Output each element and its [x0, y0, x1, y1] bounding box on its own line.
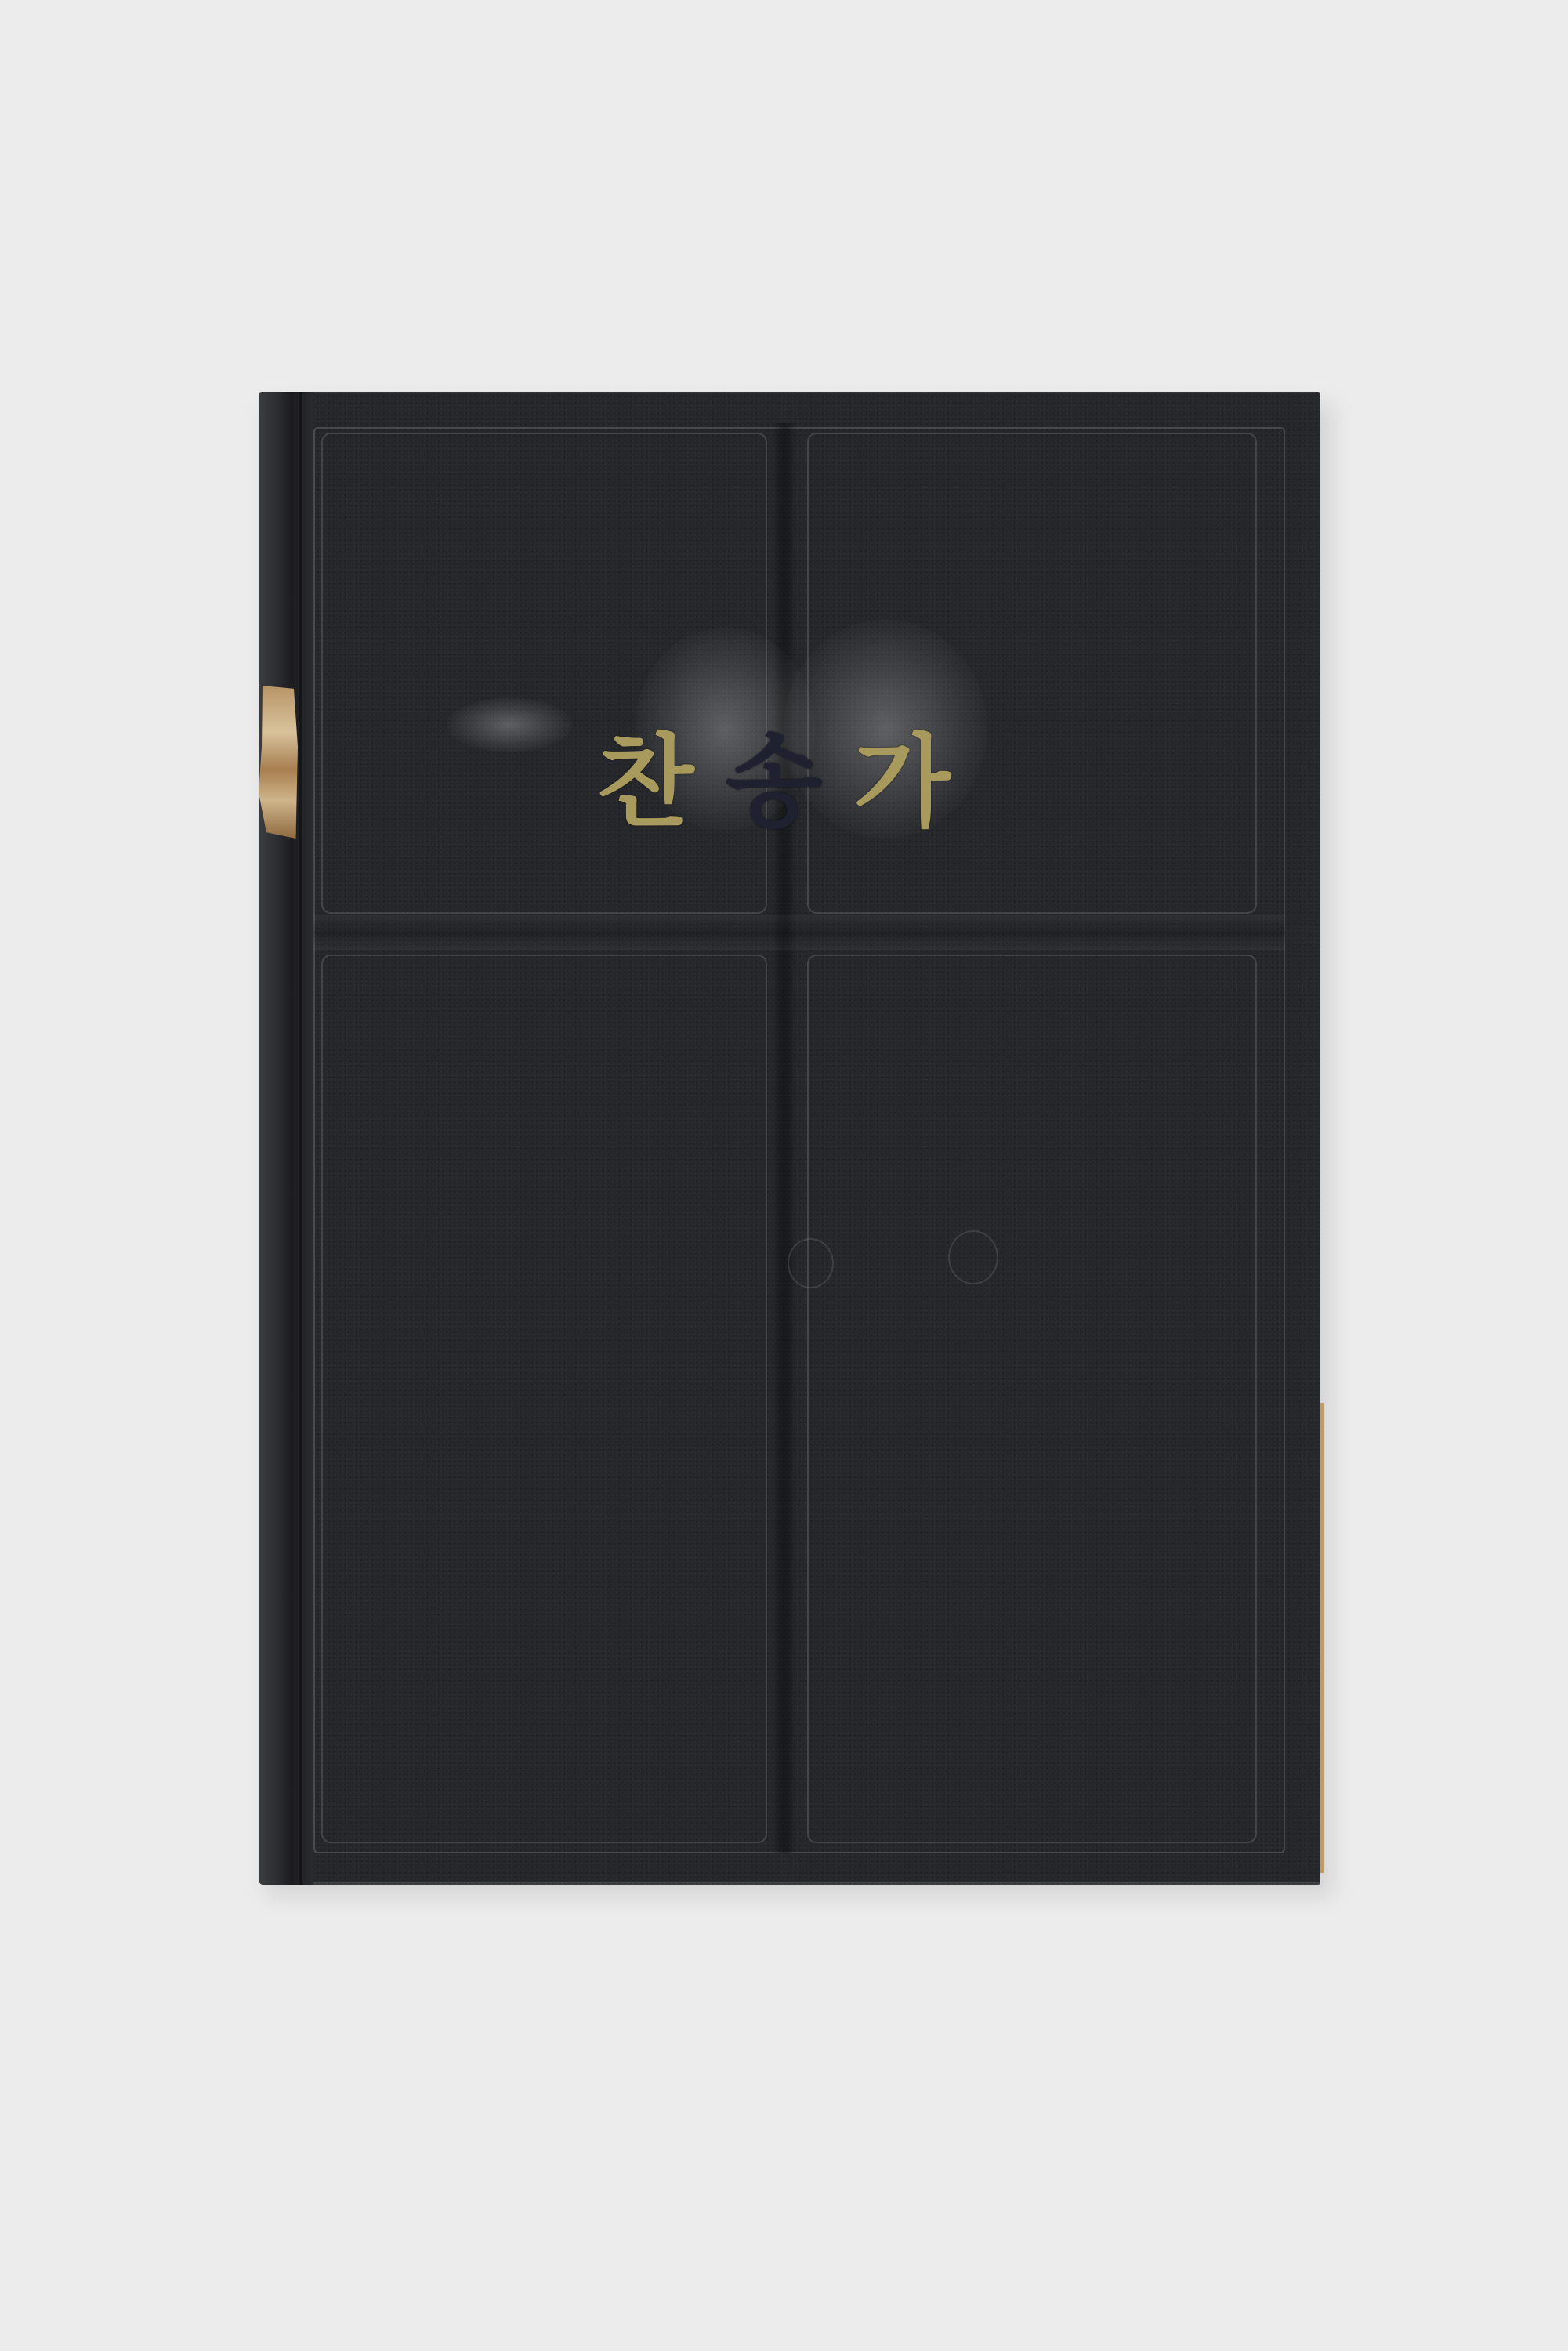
book-spine — [259, 392, 313, 1885]
cross-horizontal-groove — [313, 915, 1285, 950]
title-char-2: 송 — [726, 724, 854, 841]
title-char-1: 찬 — [597, 724, 726, 841]
circular-scuff — [948, 1230, 998, 1284]
circular-scuff — [788, 1238, 834, 1288]
spine-hinge-groove — [299, 392, 302, 1885]
cross-vertical-groove — [772, 423, 797, 1853]
embossed-panel-bottom-left — [321, 955, 767, 1843]
page-edge — [1320, 1403, 1324, 1873]
title-char-3: 가 — [853, 724, 982, 841]
hymnal-book-cover: 찬송가 — [259, 392, 1320, 1885]
embossed-panel-bottom-right — [807, 955, 1257, 1843]
cover-title: 찬송가 — [259, 701, 1320, 846]
